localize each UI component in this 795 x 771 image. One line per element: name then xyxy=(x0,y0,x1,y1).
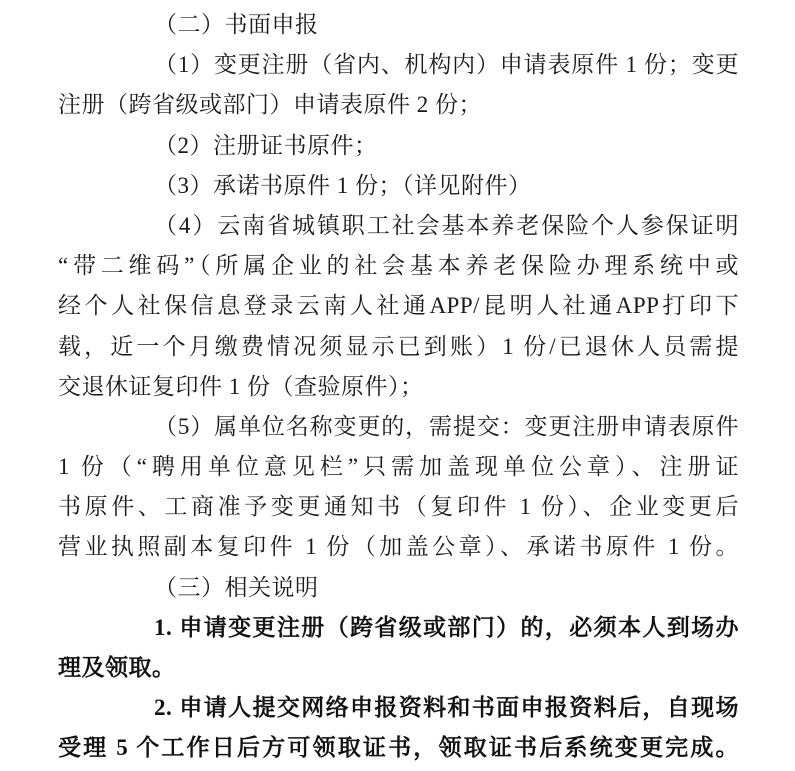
text-line-9: 载，近一个月缴费情况须显示已到账）1 份/已退休人员需提 xyxy=(58,327,739,367)
text-line-12: 1 份（“聘用单位意见栏”只需加盖现单位公章）、注册证 xyxy=(58,447,739,487)
text-line-19: 受理 5 个工作日后方可领取证书，领取证书后系统变更完成。 xyxy=(58,728,739,768)
text-line-2: （1）变更注册（省内、机构内）申请表原件 1 份；变更 xyxy=(58,45,739,85)
text-line-1: （二）书面申报 xyxy=(58,5,739,45)
text-line-16: 1. 申请变更注册（跨省级或部门）的，必须本人到场办 xyxy=(58,608,739,648)
document-body: （二）书面申报（1）变更注册（省内、机构内）申请表原件 1 份；变更注册（跨省级… xyxy=(58,5,739,769)
text-line-6: （4）云南省城镇职工社会基本养老保险个人参保证明 xyxy=(58,206,739,246)
document-page: （二）书面申报（1）变更注册（省内、机构内）申请表原件 1 份；变更注册（跨省级… xyxy=(0,0,795,771)
text-line-10: 交退休证复印件 1 份（查验原件）； xyxy=(58,367,739,407)
text-line-18: 2. 申请人提交网络申报资料和书面申报资料后，自现场 xyxy=(58,688,739,728)
text-line-13: 书原件、工商准予变更通知书（复印件 1 份）、企业变更后 xyxy=(58,487,739,527)
text-line-4: （2）注册证书原件； xyxy=(58,126,739,166)
text-line-11: （5）属单位名称变更的，需提交：变更注册申请表原件 xyxy=(58,407,739,447)
text-line-5: （3）承诺书原件 1 份；（详见附件） xyxy=(58,166,739,206)
text-line-14: 营业执照副本复印件 1 份（加盖公章）、承诺书原件 1 份。 xyxy=(58,527,739,567)
text-line-17: 理及领取。 xyxy=(58,648,739,688)
text-line-15: （三）相关说明 xyxy=(58,568,739,608)
text-line-3: 注册（跨省级或部门）申请表原件 2 份； xyxy=(58,85,739,125)
text-line-8: 经个人社保信息登录云南人社通APP/昆明人社通APP打印下 xyxy=(58,286,739,326)
text-line-7: “带二维码”（所属企业的社会基本养老保险办理系统中或 xyxy=(58,246,739,286)
